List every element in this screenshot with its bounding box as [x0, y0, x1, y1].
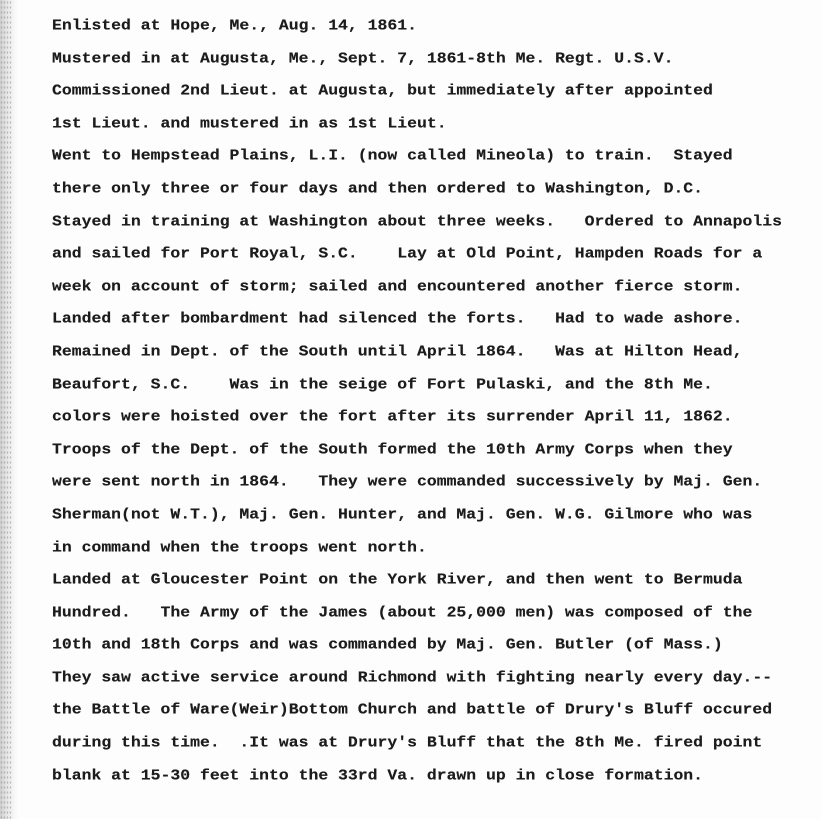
text-line: colors were hoisted over the fort after … — [52, 402, 822, 432]
text-line: They saw active service around Richmond … — [52, 663, 822, 693]
text-line: during this time. .It was at Drury's Blu… — [52, 728, 822, 758]
text-line: Sherman(not W.T.), Maj. Gen. Hunter, and… — [52, 500, 822, 530]
text-line: and sailed for Port Royal, S.C. Lay at O… — [52, 239, 822, 269]
text-line: Landed at Gloucester Point on the York R… — [52, 565, 822, 595]
text-line: Landed after bombardment had silenced th… — [52, 305, 822, 335]
text-line: Stayed in training at Washington about t… — [52, 207, 822, 237]
text-line: blank at 15-30 feet into the 33rd Va. dr… — [52, 761, 822, 791]
text-line: in command when the troops went north. — [52, 533, 822, 563]
text-line: 1st Lieut. and mustered in as 1st Lieut. — [52, 109, 822, 139]
text-line: there only three or four days and then o… — [52, 174, 822, 204]
text-line: Enlisted at Hope, Me., Aug. 14, 1861. — [52, 11, 822, 41]
scan-edge-shadow — [0, 0, 18, 819]
text-line: Hundred. The Army of the James (about 25… — [52, 598, 822, 628]
text-line: 10th and 18th Corps and was commanded by… — [52, 631, 822, 661]
text-line: week on account of storm; sailed and enc… — [52, 272, 822, 302]
typewritten-page: Enlisted at Hope, Me., Aug. 14, 1861. Mu… — [52, 10, 822, 792]
text-line: Remained in Dept. of the South until Apr… — [52, 337, 822, 367]
text-line: Mustered in at Augusta, Me., Sept. 7, 18… — [52, 44, 822, 74]
text-line: Went to Hempstead Plains, L.I. (now call… — [52, 142, 822, 172]
text-line: Commissioned 2nd Lieut. at Augusta, but … — [52, 76, 822, 106]
text-line: the Battle of Ware(Weir)Bottom Church an… — [52, 696, 822, 726]
text-line: were sent north in 1864. They were comma… — [52, 468, 822, 498]
text-line: Troops of the Dept. of the South formed … — [52, 435, 822, 465]
text-line: Beaufort, S.C. Was in the seige of Fort … — [52, 370, 822, 400]
